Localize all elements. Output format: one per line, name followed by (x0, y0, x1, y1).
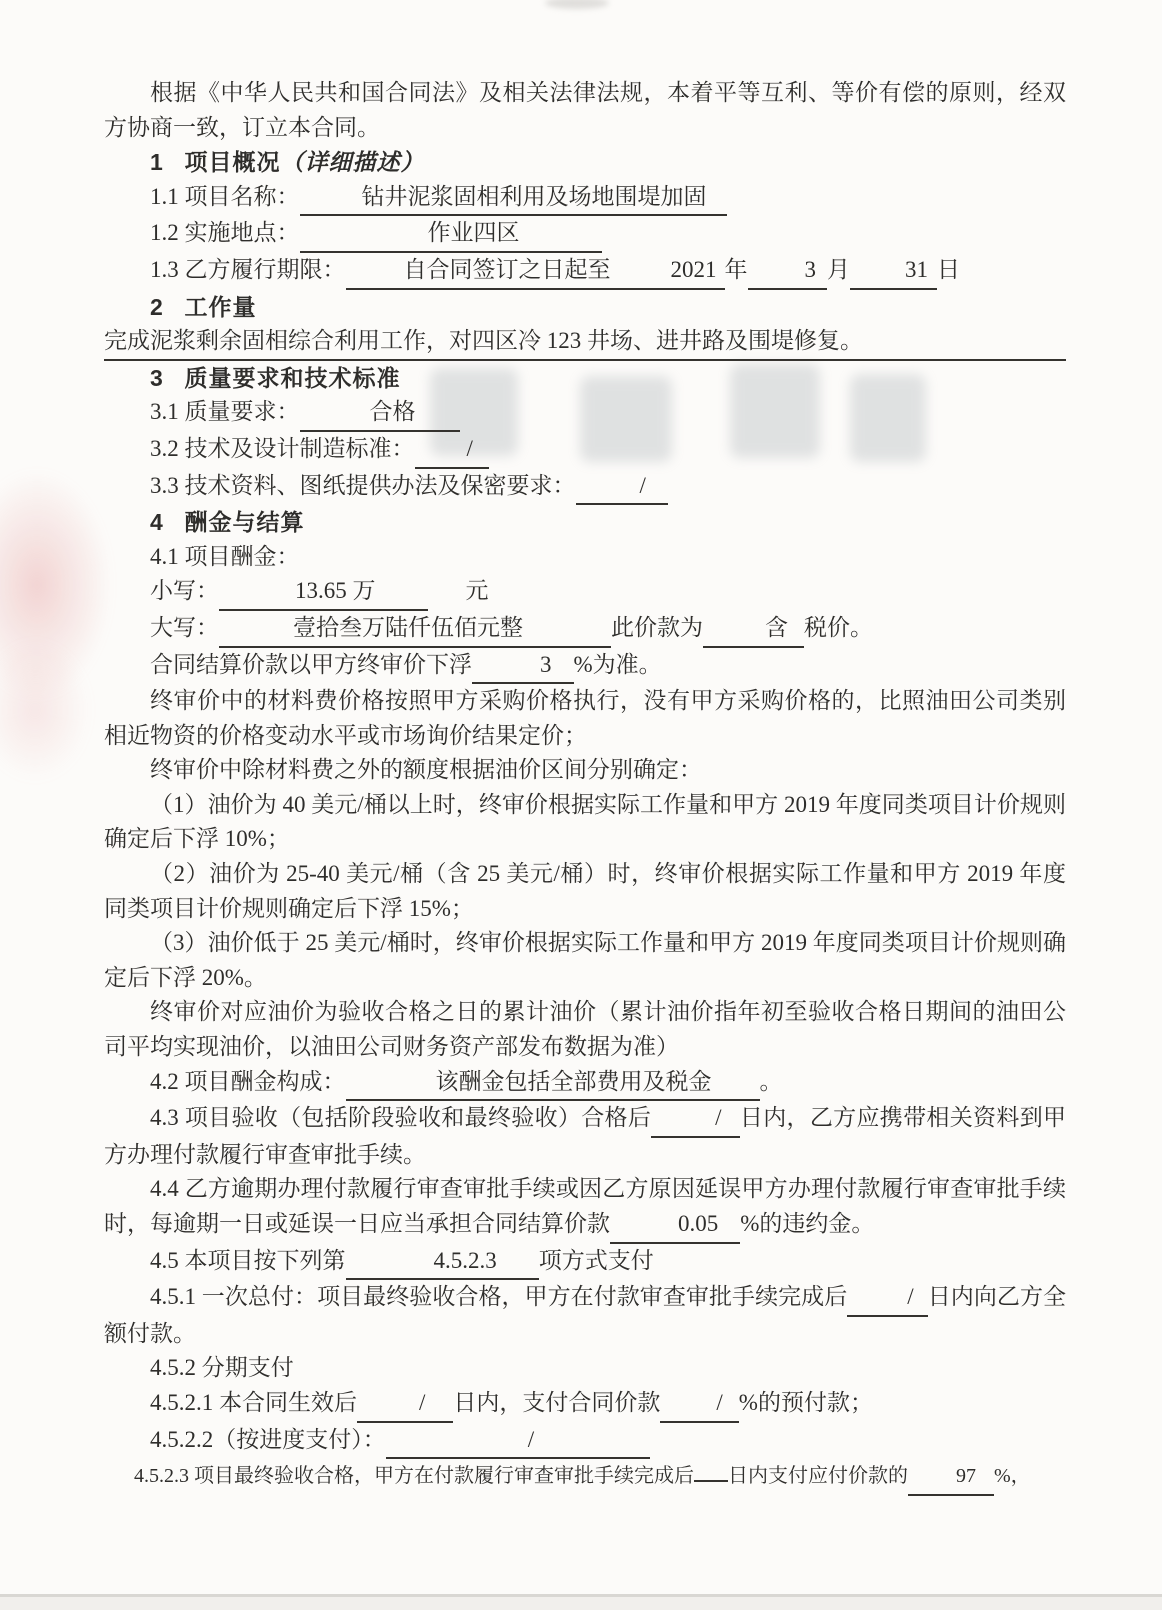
clause-prefix: 4.5.1 一次总付：项目最终验收合格，甲方在付款审查审批手续完成后 (150, 1284, 847, 1309)
section-heading-4: 4酬金与结算 (104, 505, 1066, 540)
para-late-penalty: 4.4 乙方逾期办理付款履行审查审批手续或因乙方原因延误甲方办理付款履行审查审批… (104, 1172, 1066, 1243)
section-number: 2 (150, 294, 164, 320)
days-value: / (847, 1280, 927, 1317)
clause-middle: 日内，支付合同价款 (453, 1390, 660, 1415)
tax-phrase: 此价款为 (611, 615, 703, 640)
field-suffix: %为准。 (574, 652, 662, 677)
workload-statement: 完成泥浆剩余固相综合利用工作，对四区冷 123 井场、进井路及围堤修复。 (104, 324, 1066, 361)
line-installment: 4.5.2 分期支付 (104, 1351, 1066, 1386)
unit-year: 年 (725, 257, 748, 282)
para-oil-price-2: （2）油价为 25-40 美元/桶（含 25 美元/桶）时，终审价根据实际工作量… (104, 857, 1066, 926)
field-label: 3.2 技术及设计制造标准： (150, 436, 415, 461)
field-quality-requirement: 3.1 质量要求：合格 (104, 395, 1066, 432)
field-label: 大写： (150, 615, 219, 640)
section-note: （详细描述） (280, 149, 424, 175)
unit-month: 月 (827, 257, 850, 282)
scan-edge-strip (0, 1597, 1162, 1610)
clause-prefix: 4.5.2.3 项目最终验收合格，甲方在付款履行审查审批手续完成后 (134, 1465, 694, 1487)
clause-prefix: 4.5 本项目按下列第 (150, 1248, 346, 1273)
field-day: 31 (850, 253, 937, 290)
section-heading-3: 3质量要求和技术标准 (104, 361, 1066, 396)
clause-suffix: 项方式支付 (539, 1248, 654, 1273)
unit-yuan: 元 (466, 578, 489, 603)
clause-suffix: %， (994, 1465, 1031, 1487)
line-prepayment: 4.5.2.1 本合同生效后/日内，支付合同价款/%的预付款； (104, 1386, 1066, 1423)
field-value: 该酬金包括全部费用及税金 (346, 1065, 760, 1102)
workload-text: 完成泥浆剩余固相综合利用工作，对四区冷 123 井场、进井路及围堤修复。 (104, 324, 1066, 361)
percent-value: 97 (908, 1459, 994, 1496)
field-project-remuneration: 4.1 项目酬金： (104, 540, 1066, 575)
tax-suffix: 税价。 (804, 615, 873, 640)
stamp-bleed-stain (0, 470, 112, 700)
field-location: 1.2 实施地点：作业四区 (104, 216, 1066, 253)
field-year: 2021 (617, 253, 725, 290)
section-title: 质量要求和技术标准 (184, 365, 400, 391)
section-title: 酬金与结算 (184, 509, 304, 535)
unit-day: 日 (937, 257, 960, 282)
para-oil-price-1: （1）油价为 40 美元/桶以上时，终审价根据实际工作量和甲方 2019 年度同… (104, 788, 1066, 857)
section-number: 1 (150, 149, 164, 175)
field-confidentiality-requirement: 3.3 技术资料、图纸提供办法及保密要求：/ (104, 469, 1066, 506)
field-value: / (386, 1423, 650, 1460)
section-number: 3 (150, 365, 164, 391)
clause-suffix: %的违约金。 (740, 1211, 874, 1236)
percent-value: / (660, 1386, 738, 1423)
line-final-payment: 4.5.2.3 项目最终验收合格，甲方在付款履行审查审批手续完成后日内支付应付价… (104, 1459, 1066, 1496)
para-lump-sum: 4.5.1 一次总付：项目最终验收合格，甲方在付款审查审批手续完成后/日内向乙方… (104, 1280, 1066, 1351)
field-value: / (576, 469, 668, 506)
tax-included-value: 含 (703, 611, 804, 648)
field-remuneration-composition: 4.2 项目酬金构成：该酬金包括全部费用及税金。 (104, 1065, 1066, 1102)
field-technical-standard: 3.2 技术及设计制造标准：/ (104, 432, 1066, 469)
clause-suffix: %的预付款； (739, 1390, 873, 1415)
section-heading-1: 1项目概况（详细描述） (104, 145, 1066, 180)
clause-prefix: 4.4 乙方逾期办理付款履行审查审批手续或因乙方原因延误甲方办理付款履行审查审批… (104, 1176, 1066, 1236)
section-heading-2: 2工作量 (104, 290, 1066, 325)
field-settlement-discount: 合同结算价款以甲方终审价下浮3%为准。 (104, 648, 1066, 685)
field-project-name: 1.1 项目名称：钻井泥浆固相利用及场地围堤加固 (104, 180, 1066, 217)
field-label: 3.1 质量要求： (150, 399, 300, 424)
field-suffix: 。 (760, 1069, 783, 1094)
scan-edge-line (0, 1594, 1162, 1597)
clause-prefix: 4.3 项目验收（包括阶段验收和最终验收）合格后 (150, 1105, 651, 1130)
para-acceptance: 4.3 项目验收（包括阶段验收和最终验收）合格后/日内，乙方应携带相关资料到甲方… (104, 1101, 1066, 1172)
days-blank (694, 1460, 728, 1482)
days-value: / (357, 1386, 453, 1423)
clause-prefix: 4.5.2.1 本合同生效后 (150, 1390, 357, 1415)
field-label: 4.2 项目酬金构成： (150, 1069, 346, 1094)
penalty-rate-value: 0.05 (610, 1207, 740, 1244)
stamp-bleed-stain-2 (0, 640, 90, 780)
field-performance-period: 1.3 乙方履行期限：自合同签订之日起至2021年3月31日 (104, 253, 1066, 290)
field-label: 4.5.2.2（按进度支付）： (150, 1427, 386, 1452)
field-amount-words: 大写：壹拾叁万陆仟伍佰元整此价款为含税价。 (104, 611, 1066, 648)
contract-body: 根据《中华人民共和国合同法》及相关法律法规，本着平等互利、等价有偿的原则，经双方… (104, 76, 1066, 1496)
section-number: 4 (150, 509, 164, 535)
para-material-price: 终审价中的材料费价格按照甲方采购价格执行，没有甲方采购价格的，比照油田公司类别相… (104, 684, 1066, 753)
field-label: 1.2 实施地点： (150, 220, 300, 245)
section-title: 项目概况 (184, 149, 280, 175)
payment-method-value: 4.5.2.3 (346, 1244, 539, 1281)
line-progress-payment: 4.5.2.2（按进度支付）：/ (104, 1423, 1066, 1460)
days-value: / (651, 1101, 739, 1138)
field-payment-method: 4.5 本项目按下列第4.5.2.3项方式支付 (104, 1244, 1066, 1281)
field-value: / (415, 432, 489, 469)
intro-paragraph: 根据《中华人民共和国合同法》及相关法律法规，本着平等互利、等价有偿的原则，经双方… (104, 76, 1066, 145)
field-label: 小写： (150, 578, 219, 603)
field-value: 作业四区 (300, 216, 602, 253)
field-prefix: 合同结算价款以甲方终审价下浮 (150, 652, 472, 677)
para-price-range-intro: 终审价中除材料费之外的额度根据油价区间分别确定： (104, 753, 1066, 788)
discount-value: 3 (472, 648, 574, 685)
field-value: 自合同签订之日起至 (346, 253, 617, 290)
field-amount-numeric: 小写：13.65 万元 (104, 574, 1066, 611)
para-cumulative-oil-price: 终审价对应油价为验收合格之日的累计油价（累计油价指年初至验收合格日期间的油田公司… (104, 995, 1066, 1064)
field-value: 钻井泥浆固相利用及场地围堤加固 (300, 180, 727, 217)
field-value: 13.65 万 (219, 574, 428, 611)
field-label: 1.1 项目名称： (150, 184, 300, 209)
section-title: 工作量 (184, 294, 256, 320)
field-value: 合格 (300, 395, 460, 432)
field-month: 3 (748, 253, 828, 290)
field-label: 3.3 技术资料、图纸提供办法及保密要求： (150, 473, 576, 498)
field-label: 1.3 乙方履行期限： (150, 257, 346, 282)
clause-middle: 日内支付应付价款的 (728, 1465, 908, 1487)
contract-scan-page: 根据《中华人民共和国合同法》及相关法律法规，本着平等互利、等价有偿的原则，经双方… (0, 0, 1162, 1610)
scan-smudge (545, 0, 609, 9)
para-oil-price-3: （3）油价低于 25 美元/桶时，终审价根据实际工作量和甲方 2019 年度同类… (104, 926, 1066, 995)
field-value: 壹拾叁万陆仟伍佰元整 (219, 611, 611, 648)
